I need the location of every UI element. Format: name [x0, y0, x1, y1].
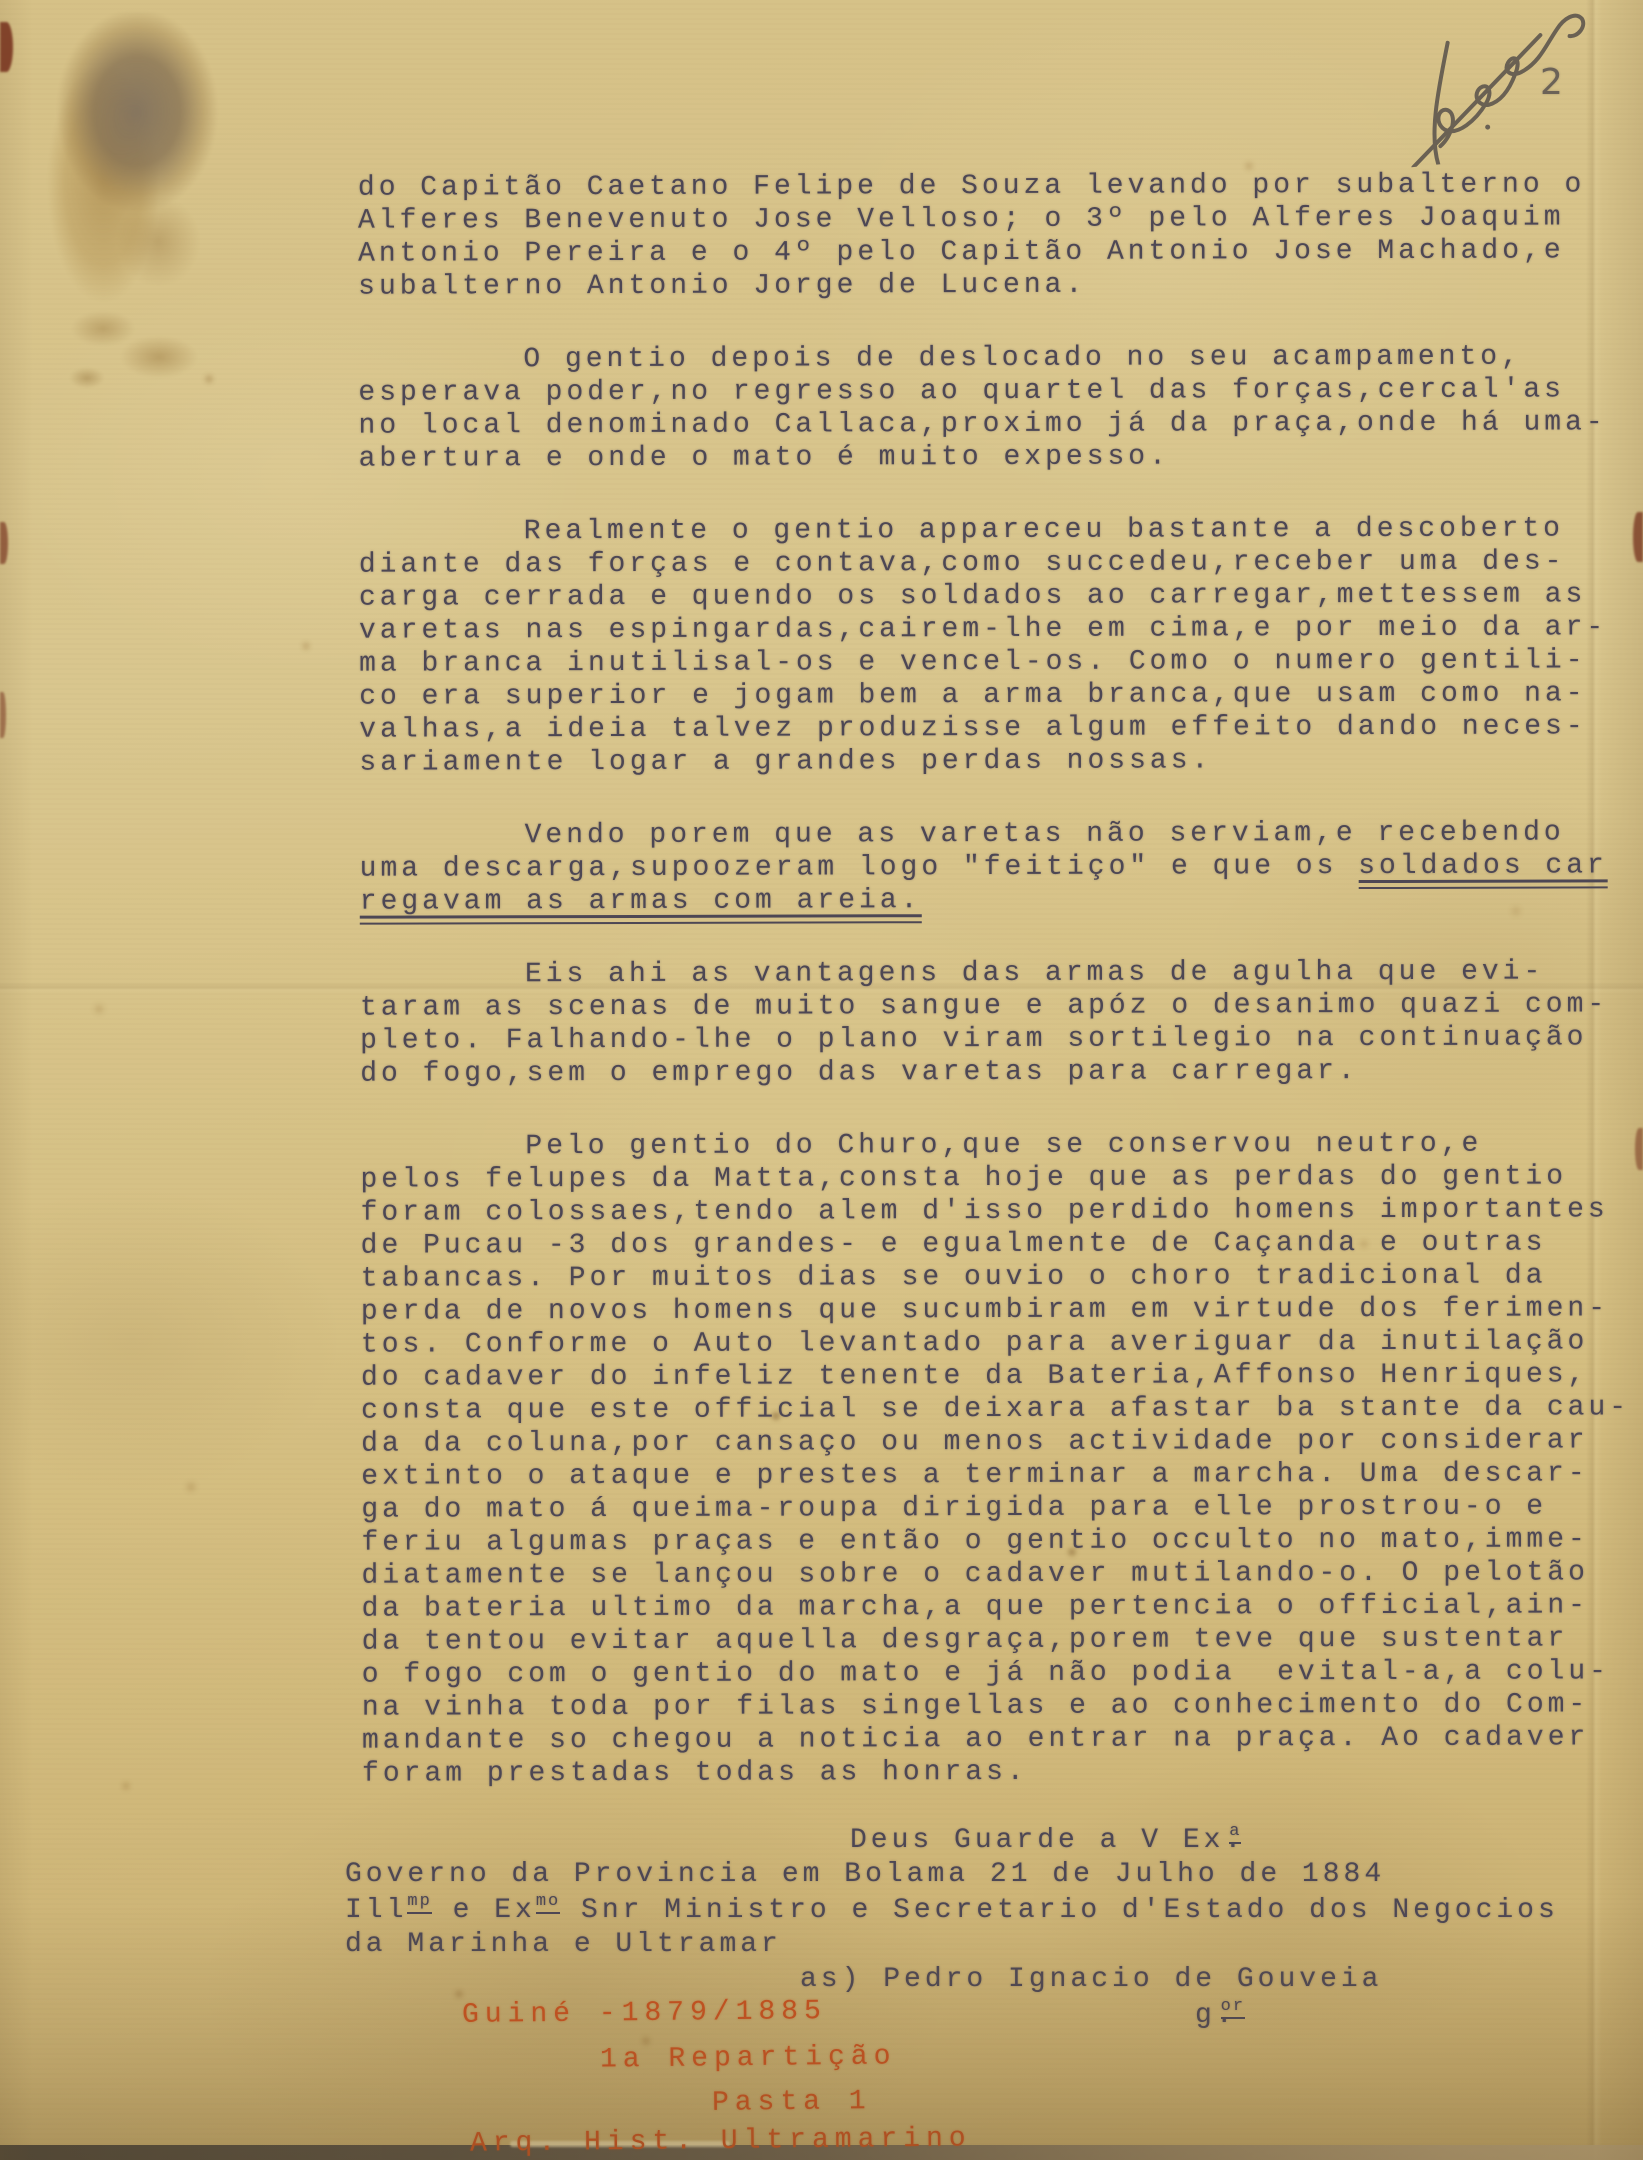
underlined-text: soldados car [1358, 849, 1608, 889]
text-line: ga do mato á queima-roupa dirigida para … [361, 1490, 1631, 1526]
text-segment: uma descarga,supoozeram logo "feitiço" e… [360, 851, 1359, 885]
text-line: esperava poder,no regresso ao quartel da… [358, 373, 1628, 409]
text-segment: g [1195, 2000, 1216, 2031]
tape-stain [28, 12, 238, 322]
text-line: subalterno Antonio Jorge de Lucena. [358, 267, 1628, 303]
text-line: na vinha toda por filas singellas e ao c… [362, 1688, 1632, 1724]
archive-stamp-line: Guiné -1879/1885 [462, 1996, 827, 2031]
paragraph-2: O gentio depois de deslocado no seu acam… [358, 340, 1628, 475]
superscript: mp [407, 1892, 431, 1914]
edge-mark [0, 692, 6, 738]
text-line: pelos felupes da Matta,consta hoje que a… [360, 1160, 1630, 1196]
stain-drip [55, 300, 215, 395]
text-line: pleto. Falhando-lhe o plano viram sortil… [360, 1021, 1630, 1057]
text-line: varetas nas espingardas,cairem-lhe em ci… [359, 611, 1629, 647]
text-line: mandante so chegou a noticia ao entrar n… [362, 1721, 1632, 1757]
paragraph-5: Eis ahi as vantagens das armas de agulha… [360, 955, 1630, 1090]
text-line: Eis ahi as vantagens das armas de agulha… [360, 955, 1630, 991]
place-date-line: Governo da Provincia em Bolama 21 de Jul… [345, 1857, 1625, 1892]
handwritten-annotation [1383, 0, 1643, 169]
text-line: o fogo com o gentio do mato e já não pod… [362, 1655, 1632, 1691]
text-line: do cadaver do infeliz tenente da Bateria… [361, 1358, 1631, 1394]
text-line: consta que este official se deixara afas… [361, 1391, 1631, 1427]
page-number: 2 [1540, 62, 1563, 103]
archive-stamp-line: Pasta 1 [712, 2086, 872, 2119]
text-line: Realmente o gentio appareceu bastante a … [359, 512, 1629, 548]
text-line: carga cerrada e quendo os soldados ao ca… [359, 578, 1629, 614]
archive-stamp-line: Arq. Hist. Ultramarino [470, 2123, 972, 2159]
text-line: no local denominado Callaca,proximo já d… [358, 406, 1628, 442]
archive-stamp-line: 1a Repartição [600, 2041, 897, 2075]
paragraph-4: Vendo porem que as varetas não serviam,e… [360, 816, 1630, 918]
text-line: Alferes Benevenuto Jose Velloso; o 3º pe… [358, 201, 1628, 237]
text-line: diatamente se lançou sobre o cadaver mut… [361, 1556, 1631, 1592]
text-line: do fogo,sem o emprego das varetas para c… [360, 1054, 1630, 1090]
text-line: diante das forças e contava,como succede… [359, 545, 1629, 581]
text-line: co era superior e jogam bem a arma branc… [359, 677, 1629, 713]
edge-mark [0, 22, 13, 72]
foxing-spots [0, 0, 8, 8]
superscript: a [1229, 1822, 1241, 1844]
text-segment: e Ex [432, 1895, 536, 1926]
text-line: sariamente logar a grandes perdas nossas… [359, 743, 1629, 779]
superscript: mo [536, 1892, 560, 1914]
text-line: tabancas. Por muitos dias se ouvio o cho… [361, 1259, 1631, 1295]
text-line: O gentio depois de deslocado no seu acam… [358, 340, 1628, 376]
paragraph-1: do Capitão Caetano Felipe de Souza levan… [358, 168, 1628, 303]
text-segment: Snr Ministro e Secretario d'Estado dos N… [560, 1895, 1559, 1926]
document-page: 2 do Capitão Caetano Felipe de Souza lev… [0, 0, 1643, 2160]
text-line: Antonio Pereira e o 4º pelo Capitão Anto… [358, 234, 1628, 270]
paragraph-6: Pelo gentio do Churo,que se conservou ne… [360, 1127, 1632, 1790]
signature-line: as) Pedro Ignacio de Gouveia [800, 1962, 1625, 1997]
text-line: Vendo porem que as varetas não serviam,e… [360, 816, 1630, 852]
text-line: valhas,a ideia talvez produzisse algum e… [359, 710, 1629, 746]
text-line: ma branca inutilisal-os e vencel-os. Com… [359, 644, 1629, 680]
text-line: do Capitão Caetano Felipe de Souza levan… [358, 168, 1628, 204]
text-line: da da coluna,por cansaço ou menos activi… [361, 1424, 1631, 1460]
text-line: uma descarga,supoozeram logo "feitiço" e… [360, 849, 1630, 885]
addressee-line: Illmp e Exmo Snr Ministro e Secretario d… [345, 1892, 1625, 1927]
text-line: da bateria ultimo da marcha,a que perten… [362, 1589, 1632, 1625]
edge-mark [0, 522, 8, 564]
edge-mark [1635, 1128, 1643, 1170]
text-line: perda de novos homens que sucumbiram em … [361, 1292, 1631, 1328]
text-line: foram colossaes,tendo alem d'isso perdid… [361, 1193, 1631, 1229]
text-segment: Deus Guarde a V Ex [850, 1825, 1224, 1856]
text-line: tos. Conforme o Auto levantado para aver… [361, 1325, 1631, 1361]
salutation: Deus Guarde a V Ex.a [850, 1822, 1625, 1857]
text-line: Pelo gentio do Churo,que se conservou ne… [360, 1127, 1630, 1163]
text-line: taram as scenas de muito sangue e apóz o… [360, 988, 1630, 1024]
typewritten-text: do Capitão Caetano Felipe de Souza levan… [358, 168, 1632, 1830]
text-line: de Pucau -3 dos grandes- e egualmente de… [361, 1226, 1631, 1262]
governor-abbreviation: g.or [1195, 1997, 1625, 2032]
text-line: foram prestadas todas as honras. [362, 1754, 1632, 1790]
text-line: abertura e onde o mato é muito expesso. [359, 439, 1629, 475]
superscript: or [1221, 1997, 1245, 2019]
text-line: extinto o ataque e prestes a terminar a … [361, 1457, 1631, 1493]
text-line: feriu algumas praças e então o gentio oc… [361, 1523, 1631, 1559]
edge-mark [1633, 512, 1643, 562]
addressee-line-2: da Marinha e Ultramar [345, 1927, 1625, 1962]
text-segment: Ill [345, 1895, 407, 1926]
underlined-text: regavam as armas com areia. [360, 884, 922, 924]
text-line: da tentou evitar aquella desgraça,porem … [362, 1622, 1632, 1658]
paragraph-3: Realmente o gentio appareceu bastante a … [359, 512, 1630, 779]
